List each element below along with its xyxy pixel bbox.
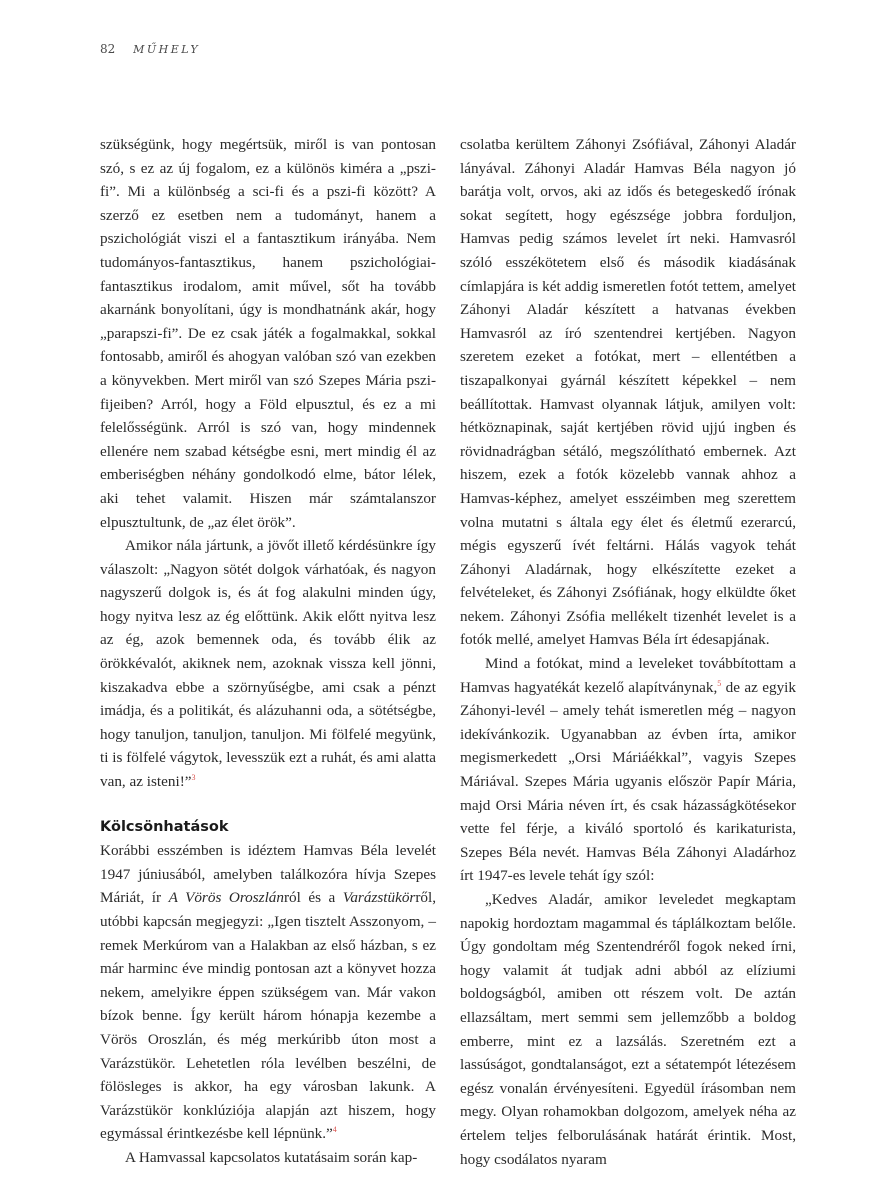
paragraph-text: szükségünk, hogy megértsük, miről is van… bbox=[100, 136, 436, 531]
paragraph-text: csolatba kerültem Záhonyi Zsófiával, Záh… bbox=[460, 136, 796, 648]
section-heading: Kölcsönhatások bbox=[100, 816, 436, 840]
paragraph-text: ról és a bbox=[284, 889, 343, 906]
paragraph-letter-1947: Korábbi esszémben is idéztem Hamvas Béla… bbox=[100, 839, 436, 1146]
paragraph-text: ről, utóbbi kapcsán megjegyzi: „Igen tis… bbox=[100, 889, 436, 1142]
paragraph-text: de az egyik Záhonyi-levél – amely tehát … bbox=[460, 679, 796, 885]
right-column: csolatba kerültem Záhonyi Zsófiával, Záh… bbox=[460, 133, 796, 1171]
footnote-marker[interactable]: 4 bbox=[333, 1125, 337, 1134]
paragraph-foundation: Mind a fotókat, mind a leveleket továbbí… bbox=[460, 652, 796, 888]
paragraph-continued: szükségünk, hogy megértsük, miről is van… bbox=[100, 133, 436, 534]
paragraph-text: „Kedves Aladár, amikor leveledet megkapt… bbox=[460, 891, 796, 1168]
paragraph-text: Amikor nála jártunk, a jövőt illető kérd… bbox=[100, 537, 436, 790]
left-column: szükségünk, hogy megértsük, miről is van… bbox=[100, 133, 436, 1170]
paragraph-continued: csolatba kerültem Záhonyi Zsófiával, Záh… bbox=[460, 133, 796, 652]
paragraph-text: A Hamvassal kapcsolatos kutatásaim során… bbox=[125, 1149, 417, 1166]
footnote-marker[interactable]: 3 bbox=[192, 773, 196, 782]
running-head: 82 MŰHELY bbox=[100, 42, 200, 56]
page-number: 82 bbox=[100, 42, 115, 56]
paragraph-interview-quote: Amikor nála jártunk, a jövőt illető kérd… bbox=[100, 534, 436, 794]
section-title: MŰHELY bbox=[133, 43, 200, 56]
book-title: Varázstükör bbox=[343, 889, 416, 906]
paragraph-letter-quote: „Kedves Aladár, amikor leveledet megkapt… bbox=[460, 888, 796, 1171]
paragraph-research: A Hamvassal kapcsolatos kutatásaim során… bbox=[100, 1146, 436, 1170]
book-title: A Vörös Oroszlán bbox=[169, 889, 284, 906]
